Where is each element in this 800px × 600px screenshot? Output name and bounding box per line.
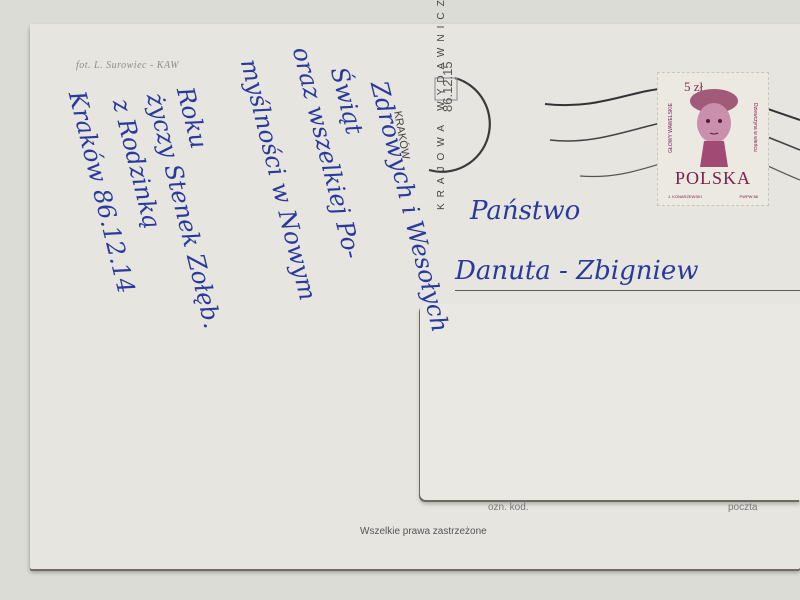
stamp-designer: J. KONARZEWSKI <box>668 194 702 199</box>
address-label-sticker <box>420 304 800 500</box>
postal-code-label: ozn. kod. <box>488 502 529 513</box>
postmark-icon <box>415 70 495 190</box>
rights-notice: Wszelkie prawa zastrzeżone <box>360 526 487 537</box>
address-underline <box>455 290 800 291</box>
address-line-2: Danuta - Zbigniew <box>455 256 698 286</box>
stamp-printer: PWPW 86 <box>740 194 758 199</box>
address-line-1: Państwo <box>470 196 580 226</box>
photo-credit: fot. L. Surowiec - KAW <box>76 60 179 71</box>
stamp-side-right: Dziewczyna w wieńcu <box>752 103 758 152</box>
post-office-label: poczta <box>728 502 757 513</box>
stamp-side-left: GŁOWY WAWELSKIE <box>668 103 674 153</box>
portrait-head-icon <box>688 87 740 169</box>
publisher-text: KRAJOWA WYDAWNICZA <box>436 0 447 210</box>
postage-stamp: 5 zł GŁOWY WAWELSKIE Dziewczyna w wieńcu… <box>657 72 769 206</box>
stamp-country: POLSKA <box>658 168 768 189</box>
